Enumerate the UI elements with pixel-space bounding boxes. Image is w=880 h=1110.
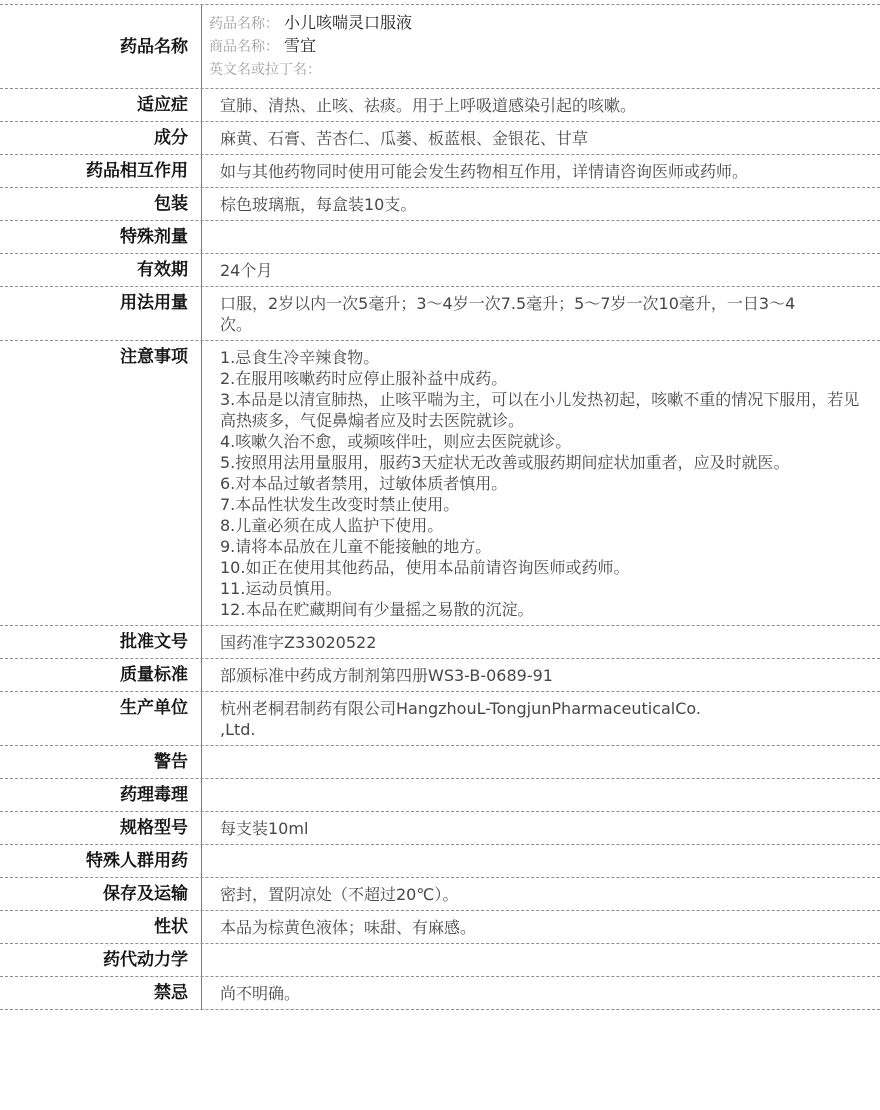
precaution-item: 4.咳嗽久治不愈，或频咳伴吐，则应去医院就诊。 xyxy=(220,431,868,452)
row-content-storage-transport: 密封，置阴凉处（不超过20℃）。 xyxy=(202,878,880,910)
row-value-drug-interactions: 如与其他药物同时使用可能会发生药物相互作用，详情请咨询医师或药师。 xyxy=(220,162,748,181)
precaution-item: 10.如正在使用其他药品，使用本品前请咨询医师或药师。 xyxy=(220,557,868,578)
row-content-indications: 宣肺、清热、止咳、祛痰。用于上呼吸道感染引起的咳嗽。 xyxy=(202,89,880,121)
precaution-item: 12.本品在贮藏期间有少量摇之易散的沉淀。 xyxy=(220,599,868,620)
table-row-precautions: 注意事项1.忌食生冷辛辣食物。2.在服用咳嗽药时应停止服补益中成药。3.本品是以… xyxy=(0,341,880,626)
row-content-precautions: 1.忌食生冷辛辣食物。2.在服用咳嗽药时应停止服补益中成药。3.本品是以清宣肺热… xyxy=(202,341,880,625)
table-row-specification: 规格型号每支装10ml xyxy=(0,812,880,845)
table-row-drug-interactions: 药品相互作用如与其他药物同时使用可能会发生药物相互作用，详情请咨询医师或药师。 xyxy=(0,155,880,188)
row-value-shelf-life: 24个月 xyxy=(220,261,272,280)
row-value-dosage-usage: 口服，2岁以内一次5毫升；3～4岁一次7.5毫升；5～7岁一次10毫升，一日3～… xyxy=(220,294,795,334)
table-row-description: 性状本品为棕黄色液体；味甜、有麻感。 xyxy=(0,911,880,944)
name-field-line: 英文名或拉丁名： xyxy=(209,58,868,81)
row-content-packaging: 棕色玻璃瓶，每盒装10支。 xyxy=(202,188,880,220)
row-content-shelf-life: 24个月 xyxy=(202,254,880,286)
row-label-ingredients: 成分 xyxy=(0,122,202,154)
precaution-item: 3.本品是以清宣肺热，止咳平喘为主，可以在小儿发热初起，咳嗽不重的情况下服用，若… xyxy=(220,389,868,431)
field-value: 雪宜 xyxy=(284,36,316,55)
row-content-specification: 每支装10ml xyxy=(202,812,880,844)
row-content-quality-standard: 部颁标准中药成方制剂第四册WS3-B-0689-91 xyxy=(202,659,880,691)
row-label-special-dosage: 特殊剂量 xyxy=(0,221,202,253)
row-label-manufacturer: 生产单位 xyxy=(0,692,202,745)
row-label-packaging: 包装 xyxy=(0,188,202,220)
row-value-ingredients: 麻黄、石膏、苦杏仁、瓜蒌、板蓝根、金银花、甘草 xyxy=(220,129,588,148)
table-row-indications: 适应症宣肺、清热、止咳、祛痰。用于上呼吸道感染引起的咳嗽。 xyxy=(0,89,880,122)
precaution-item: 5.按照用法用量服用，服药3天症状无改善或服药期间症状加重者，应及时就医。 xyxy=(220,452,868,473)
table-row-ingredients: 成分麻黄、石膏、苦杏仁、瓜蒌、板蓝根、金银花、甘草 xyxy=(0,122,880,155)
row-content-manufacturer: 杭州老桐君制药有限公司HangzhouL-TongjunPharmaceutic… xyxy=(202,692,880,745)
precaution-item: 1.忌食生冷辛辣食物。 xyxy=(220,347,868,368)
table-row-storage-transport: 保存及运输密封，置阴凉处（不超过20℃）。 xyxy=(0,878,880,911)
row-value-manufacturer: 杭州老桐君制药有限公司HangzhouL-TongjunPharmaceutic… xyxy=(220,699,701,739)
row-value-description: 本品为棕黄色液体；味甜、有麻感。 xyxy=(220,918,476,937)
row-label-drug-name: 药品名称 xyxy=(0,5,202,88)
table-row-dosage-usage: 用法用量口服，2岁以内一次5毫升；3～4岁一次7.5毫升；5～7岁一次10毫升，… xyxy=(0,287,880,341)
table-row-special-populations: 特殊人群用药 xyxy=(0,845,880,878)
table-row-quality-standard: 质量标准部颁标准中药成方制剂第四册WS3-B-0689-91 xyxy=(0,659,880,692)
row-label-description: 性状 xyxy=(0,911,202,943)
row-label-shelf-life: 有效期 xyxy=(0,254,202,286)
row-content-ingredients: 麻黄、石膏、苦杏仁、瓜蒌、板蓝根、金银花、甘草 xyxy=(202,122,880,154)
field-value: 小儿咳喘灵口服液 xyxy=(284,13,412,32)
name-field-line: 药品名称：小儿咳喘灵口服液 xyxy=(209,12,868,35)
table-row-contraindications: 禁忌尚不明确。 xyxy=(0,977,880,1010)
table-row-shelf-life: 有效期24个月 xyxy=(0,254,880,287)
row-content-contraindications: 尚不明确。 xyxy=(202,977,880,1009)
table-row-warnings: 警告 xyxy=(0,746,880,779)
drug-info-page: 药品名称药品名称：小儿咳喘灵口服液商品名称：雪宜英文名或拉丁名：适应症宣肺、清热… xyxy=(0,4,880,1010)
row-content-special-dosage xyxy=(202,221,880,253)
row-label-indications: 适应症 xyxy=(0,89,202,121)
row-content-approval-number: 国药准字Z33020522 xyxy=(202,626,880,658)
row-value-approval-number: 国药准字Z33020522 xyxy=(220,633,376,652)
precaution-item: 2.在服用咳嗽药时应停止服补益中成药。 xyxy=(220,368,868,389)
row-content-special-populations xyxy=(202,845,880,877)
row-content-drug-name: 药品名称：小儿咳喘灵口服液商品名称：雪宜英文名或拉丁名： xyxy=(202,5,880,88)
precaution-item: 9.请将本品放在儿童不能接触的地方。 xyxy=(220,536,868,557)
row-value-contraindications: 尚不明确。 xyxy=(220,984,300,1003)
row-label-drug-interactions: 药品相互作用 xyxy=(0,155,202,187)
table-row-approval-number: 批准文号国药准字Z33020522 xyxy=(0,626,880,659)
precaution-item: 6.对本品过敏者禁用，过敏体质者慎用。 xyxy=(220,473,868,494)
drug-info-table: 药品名称药品名称：小儿咳喘灵口服液商品名称：雪宜英文名或拉丁名：适应症宣肺、清热… xyxy=(0,4,880,1010)
row-content-pharmacology-toxicology xyxy=(202,779,880,811)
table-row-pharmacology-toxicology: 药理毒理 xyxy=(0,779,880,812)
row-label-warnings: 警告 xyxy=(0,746,202,778)
name-field-line: 商品名称：雪宜 xyxy=(209,35,868,58)
row-content-pharmacokinetics xyxy=(202,944,880,976)
row-label-precautions: 注意事项 xyxy=(0,341,202,625)
field-label: 药品名称： xyxy=(209,16,279,32)
row-label-contraindications: 禁忌 xyxy=(0,977,202,1009)
row-label-storage-transport: 保存及运输 xyxy=(0,878,202,910)
table-row-packaging: 包装棕色玻璃瓶，每盒装10支。 xyxy=(0,188,880,221)
row-value-packaging: 棕色玻璃瓶，每盒装10支。 xyxy=(220,195,416,214)
table-row-special-dosage: 特殊剂量 xyxy=(0,221,880,254)
table-row-pharmacokinetics: 药代动力学 xyxy=(0,944,880,977)
table-row-drug-name: 药品名称药品名称：小儿咳喘灵口服液商品名称：雪宜英文名或拉丁名： xyxy=(0,5,880,89)
field-label: 商品名称： xyxy=(209,39,279,55)
row-label-quality-standard: 质量标准 xyxy=(0,659,202,691)
row-label-special-populations: 特殊人群用药 xyxy=(0,845,202,877)
precaution-item: 8.儿童必须在成人监护下使用。 xyxy=(220,515,868,536)
row-label-dosage-usage: 用法用量 xyxy=(0,287,202,340)
row-content-description: 本品为棕黄色液体；味甜、有麻感。 xyxy=(202,911,880,943)
row-label-specification: 规格型号 xyxy=(0,812,202,844)
row-label-pharmacokinetics: 药代动力学 xyxy=(0,944,202,976)
row-value-specification: 每支装10ml xyxy=(220,819,308,838)
table-row-manufacturer: 生产单位杭州老桐君制药有限公司HangzhouL-TongjunPharmace… xyxy=(0,692,880,746)
row-value-storage-transport: 密封，置阴凉处（不超过20℃）。 xyxy=(220,885,458,904)
row-value-indications: 宣肺、清热、止咳、祛痰。用于上呼吸道感染引起的咳嗽。 xyxy=(220,96,636,115)
precaution-item: 11.运动员慎用。 xyxy=(220,578,868,599)
precaution-item: 7.本品性状发生改变时禁止使用。 xyxy=(220,494,868,515)
row-content-drug-interactions: 如与其他药物同时使用可能会发生药物相互作用，详情请咨询医师或药师。 xyxy=(202,155,880,187)
row-label-approval-number: 批准文号 xyxy=(0,626,202,658)
row-content-warnings xyxy=(202,746,880,778)
field-label: 英文名或拉丁名： xyxy=(209,62,321,78)
row-label-pharmacology-toxicology: 药理毒理 xyxy=(0,779,202,811)
row-value-quality-standard: 部颁标准中药成方制剂第四册WS3-B-0689-91 xyxy=(220,666,553,685)
row-content-dosage-usage: 口服，2岁以内一次5毫升；3～4岁一次7.5毫升；5～7岁一次10毫升，一日3～… xyxy=(202,287,880,340)
